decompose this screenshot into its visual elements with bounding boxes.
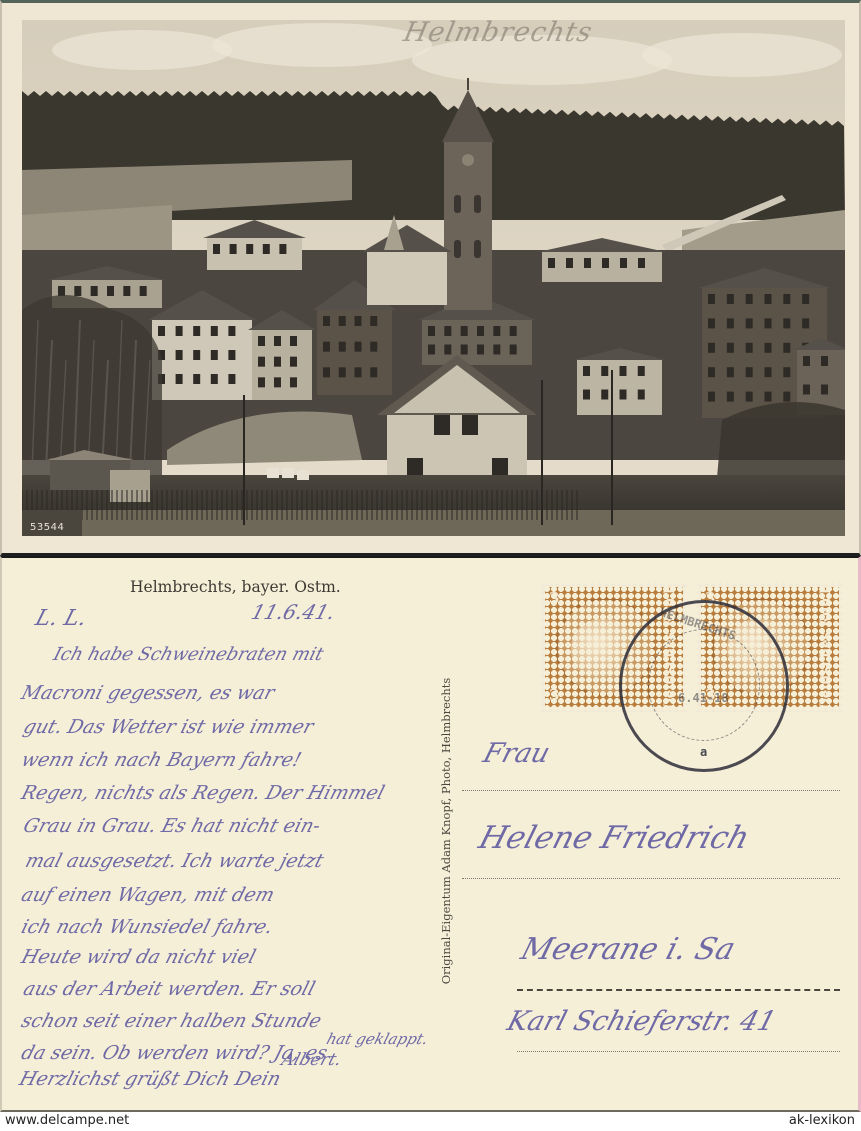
town-photo: 53544: [22, 20, 845, 536]
window: [246, 244, 253, 254]
window: [228, 326, 235, 336]
window: [510, 345, 517, 355]
message-line: gut. Das Wetter ist wie immer: [21, 716, 316, 738]
window: [783, 367, 790, 377]
window: [290, 357, 297, 367]
window: [176, 374, 183, 384]
window: [107, 286, 114, 296]
window: [477, 326, 484, 336]
window: [821, 385, 828, 395]
laundry: [267, 468, 279, 478]
window: [638, 258, 645, 268]
window: [370, 367, 377, 377]
window: [727, 294, 734, 304]
window: [193, 350, 200, 360]
window: [803, 356, 810, 366]
window: [765, 294, 772, 304]
watermark-source: www.delcampe.net: [5, 1113, 129, 1128]
window: [620, 258, 627, 268]
house-wall: [152, 320, 252, 400]
window: [434, 415, 450, 435]
ground: [22, 510, 845, 536]
window: [428, 326, 435, 336]
window: [802, 318, 809, 328]
window: [339, 342, 346, 352]
window: [746, 367, 753, 377]
window: [638, 390, 645, 400]
window: [477, 345, 484, 355]
window: [193, 326, 200, 336]
window: [583, 390, 590, 400]
message-line: auf einen Wagen, mit dem: [19, 884, 277, 906]
window: [638, 366, 645, 376]
window: [601, 390, 608, 400]
message-line: aus der Arbeit werden. Er soll: [21, 978, 318, 1000]
cloud: [52, 30, 232, 70]
window: [355, 367, 362, 377]
window: [727, 367, 734, 377]
window: [323, 342, 330, 352]
window: [355, 342, 362, 352]
window: [279, 244, 286, 254]
window: [323, 367, 330, 377]
address-city: Meerane i. Sa: [517, 932, 739, 967]
window: [802, 294, 809, 304]
window: [176, 326, 183, 336]
postmark-date: 6.41-18: [678, 691, 729, 705]
message-date: 11.6.41.: [249, 600, 339, 624]
window: [370, 342, 377, 352]
postmark-letter: a: [700, 745, 707, 759]
window: [290, 377, 297, 387]
window: [74, 286, 81, 296]
window: [213, 244, 220, 254]
message-greeting: L. L.: [32, 606, 89, 631]
window: [727, 392, 734, 402]
stamp-value: 3: [549, 688, 559, 703]
message-postscript: hat geklappt.: [324, 1030, 430, 1048]
window: [566, 258, 573, 268]
window: [493, 326, 500, 336]
window: [583, 366, 590, 376]
stamp-country: Deutsches Reich: [815, 587, 837, 707]
message-line: schon seit einer halben Stunde: [19, 1010, 324, 1032]
shed: [110, 470, 150, 502]
negative-number: 53544: [30, 522, 64, 533]
window: [708, 367, 715, 377]
window: [727, 343, 734, 353]
address-name: Helene Friedrich: [475, 820, 754, 856]
window: [355, 316, 362, 326]
window: [370, 316, 377, 326]
window: [620, 366, 627, 376]
window: [444, 326, 451, 336]
window: [230, 244, 237, 254]
town-scene-illustration: [22, 20, 845, 536]
window: [158, 326, 165, 336]
window: [228, 374, 235, 384]
church-window: [474, 240, 481, 258]
window: [765, 318, 772, 328]
window: [548, 258, 555, 268]
stamp-value: 3: [549, 591, 559, 606]
window: [708, 318, 715, 328]
window: [765, 343, 772, 353]
watermark-brand: ak-lexikon: [789, 1113, 855, 1128]
window: [274, 336, 281, 346]
laundry: [297, 470, 309, 480]
message-line: Herzlichst grüßt Dich Dein: [17, 1068, 284, 1090]
window: [339, 316, 346, 326]
window: [708, 294, 715, 304]
window: [493, 345, 500, 355]
message-line: mal ausgesetzt. Ich warte jetzt: [23, 850, 326, 872]
postmark-inner-ring: [648, 629, 760, 741]
message-line: ich nach Wunsiedel fahre.: [19, 916, 276, 938]
window: [140, 286, 147, 296]
window: [193, 374, 200, 384]
house-wall: [207, 238, 302, 270]
window: [428, 345, 435, 355]
window: [746, 392, 753, 402]
printed-location-title: Helmbrechts, bayer. Ostm.: [130, 578, 341, 596]
address-line-4: [517, 1051, 840, 1052]
window: [746, 294, 753, 304]
publisher-credit: Original-Eigentum Adam Knopf, Photo, Hel…: [438, 663, 454, 998]
postcard-back: Helmbrechts, bayer. Ostm. Original-Eigen…: [0, 556, 861, 1112]
window: [274, 357, 281, 367]
message-line: wenn ich nach Bayern fahre!: [19, 749, 304, 771]
window: [783, 343, 790, 353]
window: [765, 367, 772, 377]
window: [274, 377, 281, 387]
address-line-3: [517, 989, 840, 991]
postcard-front: 53544 Helmbrechts: [0, 0, 861, 556]
laundry: [282, 468, 294, 478]
watermark-bar: www.delcampe.net ak-lexikon: [0, 1112, 861, 1131]
window: [584, 258, 591, 268]
window: [708, 343, 715, 353]
window: [258, 377, 265, 387]
window: [708, 392, 715, 402]
message-line: Regen, nichts als Regen. Der Himmel: [19, 782, 387, 804]
window: [211, 350, 218, 360]
window: [620, 390, 627, 400]
window: [323, 316, 330, 326]
window: [290, 336, 297, 346]
church-nave: [367, 250, 447, 305]
window: [783, 294, 790, 304]
message-line: Macroni gegessen, es war: [19, 682, 277, 704]
message-signature: Albert.: [279, 1050, 344, 1070]
address-salutation: Frau: [480, 738, 554, 769]
window: [746, 343, 753, 353]
address-line-2: [462, 878, 840, 879]
window: [601, 366, 608, 376]
church-window: [474, 195, 481, 213]
window: [803, 385, 810, 395]
church-clock: [462, 154, 474, 166]
publisher-credit-text: Original-Eigentum Adam Knopf, Photo, Hel…: [439, 677, 453, 984]
window: [258, 336, 265, 346]
window: [444, 345, 451, 355]
window: [462, 415, 478, 435]
church-window: [454, 195, 461, 213]
window: [821, 356, 828, 366]
window: [58, 286, 65, 296]
message-line: Ich habe Schweinebraten mit: [51, 644, 326, 665]
cloud: [642, 33, 842, 77]
window: [263, 244, 270, 254]
window: [783, 392, 790, 402]
postmark-cancellation: HELMBRECHTS 6.41-18 a: [619, 600, 789, 772]
window: [461, 345, 468, 355]
window: [211, 326, 218, 336]
window: [258, 357, 265, 367]
window: [176, 350, 183, 360]
window: [602, 258, 609, 268]
window: [765, 392, 772, 402]
window: [510, 326, 517, 336]
window: [746, 318, 753, 328]
message-line: Grau in Grau. Es hat nicht ein-: [21, 815, 323, 837]
message-line: Heute wird da nicht viel: [19, 946, 258, 968]
address-line-1: [462, 790, 840, 791]
window: [123, 286, 130, 296]
address-street: Karl Schieferstr. 41: [504, 1006, 780, 1037]
window: [461, 326, 468, 336]
window: [211, 374, 218, 384]
window: [783, 318, 790, 328]
window: [339, 367, 346, 377]
church-window: [454, 240, 461, 258]
window: [228, 350, 235, 360]
window: [727, 318, 734, 328]
handwritten-caption: Helmbrechts: [397, 17, 648, 67]
window: [91, 286, 98, 296]
